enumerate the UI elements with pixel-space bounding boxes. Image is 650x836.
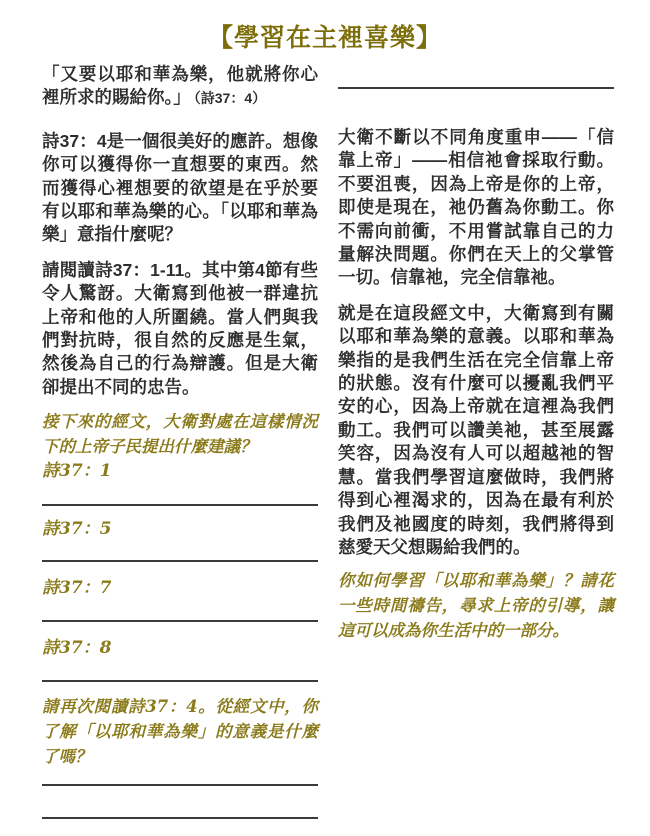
paragraph: 就是在這段經文中，大衛寫到有關以耶和華為樂的意義。以耶和華為樂指的是我們生活在完… (338, 302, 614, 559)
left-column: 「又要以耶和華為樂，他就將你心裡所求的賜給你。」（詩37：4） 詩37：4是一個… (42, 63, 318, 819)
quote-text: 「又要以耶和華為樂，他就將你心裡所求的賜給你。」 (42, 64, 318, 107)
paragraph: 詩37：4是一個很美好的應許。想像你可以獲得你一直想要的東西。然而獲得心裡想要的… (42, 130, 318, 247)
right-column: 大衛不斷以不同角度重申——「信靠上帝」——相信祂會採取行動。不要沮喪，因為上帝是… (338, 87, 614, 643)
paragraph: 請閱讀詩37：1-11。其中第4節有些令人驚訝。大衛寫到他被一群違抗上帝和他的人… (42, 259, 318, 399)
verse-label: 詩37：5 (42, 517, 318, 542)
verse-label: 詩37：1 (42, 459, 318, 484)
answer-line (42, 680, 318, 682)
answer-line (42, 620, 318, 622)
answer-line (42, 784, 318, 786)
question-prompt: 你如何學習「以耶和華為樂」？請花一些時間禱告，尋求上帝的引導，讓這可以成為你生活… (338, 568, 614, 643)
paragraph: 大衛不斷以不同角度重申——「信靠上帝」——相信祂會採取行動。不要沮喪，因為上帝是… (338, 126, 614, 290)
document-page: 【學習在主裡喜樂】 「又要以耶和華為樂，他就將你心裡所求的賜給你。」（詩37：4… (0, 0, 650, 836)
verse-label: 詩37：7 (42, 576, 318, 601)
question-prompt: 接下來的經文，大衛對處在這樣情況下的上帝子民提出什麼建議？ (42, 409, 318, 459)
scripture-quote: 「又要以耶和華為樂，他就將你心裡所求的賜給你。」（詩37：4） (42, 63, 318, 111)
answer-line (42, 817, 318, 819)
quote-reference: （詩37：4） (194, 90, 266, 106)
verse-label: 詩37：8 (42, 636, 318, 661)
question-prompt: 請再次閱讀詩37：4。從經文中，你了解「以耶和華為樂」的意義是什麼了嗎？ (42, 694, 318, 769)
answer-line (42, 504, 318, 506)
page-title: 【學習在主裡喜樂】 (0, 18, 650, 54)
answer-line (42, 560, 318, 562)
answer-line (338, 87, 614, 89)
